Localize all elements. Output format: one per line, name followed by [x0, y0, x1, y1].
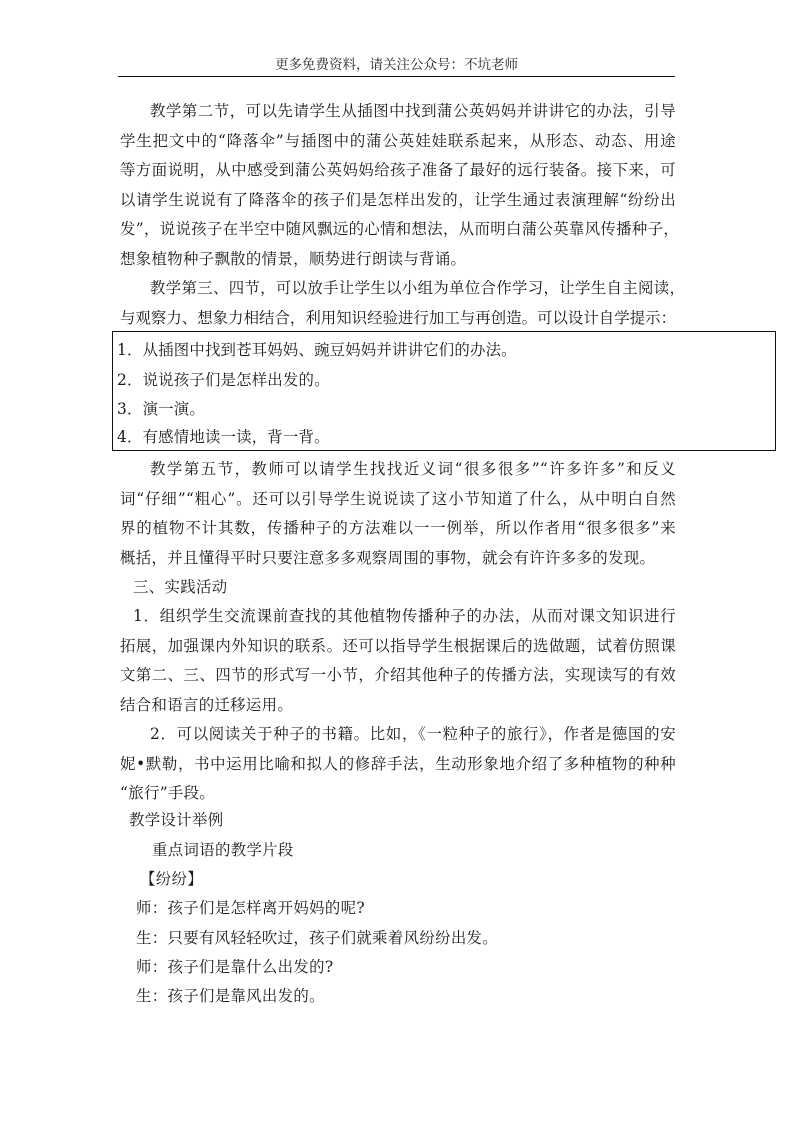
text-line: 1．组织学生交流课前查找的其他植物传播种子的办法，从而对课文知识进行: [133, 606, 676, 626]
prompt-item: 1．从插图中找到苍耳妈妈、豌豆妈妈并讲讲它们的办法。: [117, 340, 517, 360]
text-line: 词“仔细”“粗心”。还可以引导学生说说读了这小节知道了什么，从中明白自然: [120, 489, 676, 509]
text-line: 教学第三、四节，可以放手让学生以小组为单位合作学习，让学生自主阅读，: [150, 278, 676, 298]
text-line: 与观察力、想象力相结合，利用知识经验进行加工与再创造。可以设计自学提示：: [120, 308, 676, 328]
text-line: 界的植物不计其数，传播种子的方法难以一一例举，所以作者用“很多很多”来: [120, 518, 676, 538]
design-example-subheading: 重点词语的教学片段: [152, 840, 294, 860]
prompt-item: 3．演一演。: [117, 399, 205, 419]
text-line: 发”，说说孩子在半空中随风飘远的心情和想法，从而明白蒲公英靠风传播种子，: [120, 219, 676, 239]
text-line: 文第二、三、四节的形式写一小节，介绍其他种子的传播方法，实现读写的有效: [120, 665, 676, 685]
prompt-item: 2．说说孩子们是怎样出发的。: [117, 370, 330, 390]
header-text: 更多免费资料，请关注公众号：不坑老师: [118, 56, 675, 74]
dialogue-line-teacher: 师：孩子们是怎样离开妈妈的呢?: [136, 898, 365, 918]
text-line: 拓展，加强课内外知识的联系。还可以指导学生根据课后的选做题，试着仿照课: [120, 636, 676, 656]
text-line: 妮•默勒，书中运用比喻和拟人的修辞手法，生动形象地介绍了多种植物的种种: [120, 754, 676, 774]
text-line: 想象植物种子飘散的情景，顺势进行朗读与背诵。: [120, 249, 676, 269]
keyword-label: 【纷纷】: [140, 869, 203, 889]
text-line: 学生把文中的“降落伞”与插图中的蒲公英娃娃联系起来，从形态、动态、用途: [120, 131, 676, 151]
section-heading-practice: 三、实践活动: [133, 577, 227, 597]
dialogue-line-student: 生：只要有风轻轻吹过，孩子们就乘着风纷纷出发。: [136, 928, 498, 948]
design-example-heading: 教学设计举例: [129, 810, 223, 830]
dialogue-line-teacher: 师：孩子们是靠什么出发的?: [136, 957, 334, 977]
text-line: 以请学生说说有了降落伞的孩子们是怎样出发的，让学生通过表演理解“纷纷出: [120, 190, 676, 210]
text-line: 概括，并且懂得平时只要注意多多观察周围的事物，就会有许许多多的发现。: [120, 548, 676, 568]
prompt-item: 4．有感情地读一读，背一背。: [117, 427, 330, 447]
text-line: 教学第二节，可以先请学生从插图中找到蒲公英妈妈并讲讲它的办法，引导: [150, 101, 676, 121]
text-line: 结合和语言的迁移运用。: [120, 695, 676, 715]
dialogue-line-student: 生：孩子们是靠风出发的。: [136, 986, 325, 1006]
text-line: 教学第五节，教师可以请学生找找近义词“很多很多”“许多许多”和反义: [150, 459, 676, 479]
text-line: “旅行”手段。: [120, 783, 676, 803]
text-line: 2．可以阅读关于种子的书籍。比如，《一粒种子的旅行》，作者是德国的安: [150, 724, 676, 744]
header-divider: [118, 76, 675, 77]
text-line: 等方面说明，从中感受到蒲公英妈妈给孩子准备了最好的远行装备。接下来，可: [120, 160, 676, 180]
